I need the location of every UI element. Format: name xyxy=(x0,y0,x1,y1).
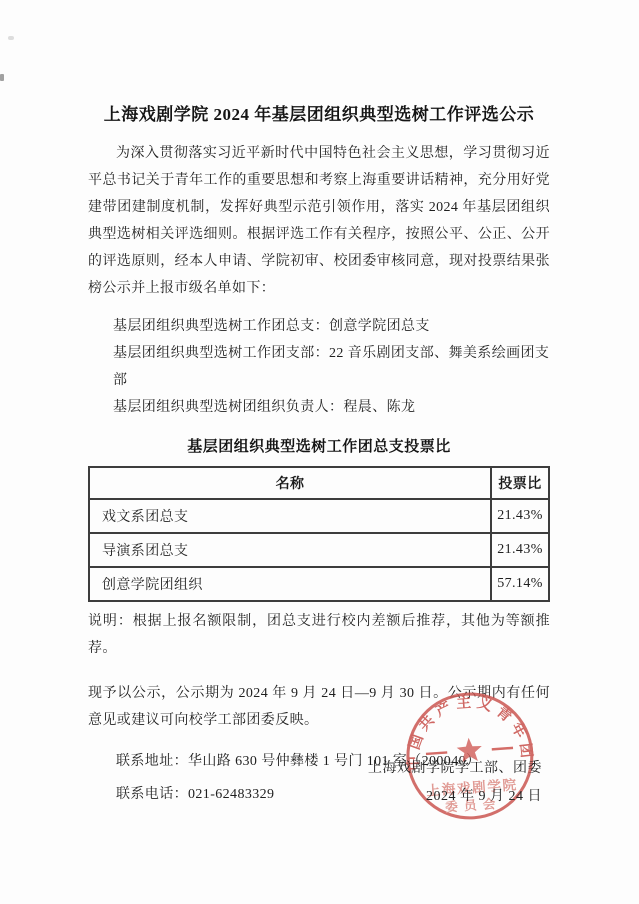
award-item-leaders: 基层团组织典型选树团组织负责人：程晨、陈龙 xyxy=(88,394,550,421)
vote-ratio-cell: 57.14% xyxy=(491,567,549,601)
award-list: 基层团组织典型选树工作团总支：创意学院团总支 基层团组织典型选树工作团支部：22… xyxy=(88,313,550,421)
table-row: 导演系团总支 21.43% xyxy=(89,533,549,567)
vote-table: 名称 投票比 戏文系团总支 21.43% 导演系团总支 21.43% 创意学院团… xyxy=(88,466,550,602)
vote-ratio-cell: 21.43% xyxy=(491,499,549,533)
signature-block: 上海戏剧学院学工部、团委 2024 年 9 月 24 日 xyxy=(368,755,542,811)
document-title: 上海戏剧学院 2024 年基层团组织典型选树工作评选公示 xyxy=(88,104,550,126)
note-paragraph: 说明：根据上报名额限制，团总支进行校内差额后推荐，其他为等额推荐。 xyxy=(88,608,550,662)
signature-date: 2024 年 9 月 24 日 xyxy=(368,783,542,811)
column-header-name: 名称 xyxy=(89,467,491,499)
document-page: 上海戏剧学院 2024 年基层团组织典型选树工作评选公示 为深入贯彻落实习近平新… xyxy=(0,0,639,904)
intro-paragraph: 为深入贯彻落实习近平新时代中国特色社会主义思想，学习贯彻习近平总书记关于青年工作… xyxy=(88,140,550,302)
scan-artifact xyxy=(0,74,4,81)
vote-ratio-cell: 21.43% xyxy=(491,533,549,567)
scan-artifact xyxy=(8,36,14,40)
org-name-cell: 创意学院团组织 xyxy=(89,567,491,601)
document-content: 上海戏剧学院 2024 年基层团组织典型选树工作评选公示 为深入贯彻落实习近平新… xyxy=(88,0,550,808)
column-header-ratio: 投票比 xyxy=(491,467,549,499)
org-name-cell: 戏文系团总支 xyxy=(89,499,491,533)
vote-table-header-row: 名称 投票比 xyxy=(89,467,549,499)
org-name-cell: 导演系团总支 xyxy=(89,533,491,567)
award-item-general-branch: 基层团组织典型选树工作团总支：创意学院团总支 xyxy=(88,313,550,340)
vote-table-caption: 基层团组织典型选树工作团总支投票比 xyxy=(88,437,550,457)
table-row: 创意学院团组织 57.14% xyxy=(89,567,549,601)
publicity-paragraph: 现予以公示，公示期为 2024 年 9 月 24 日—9 月 30 日。公示期内… xyxy=(88,680,550,734)
table-row: 戏文系团总支 21.43% xyxy=(89,499,549,533)
award-item-branch: 基层团组织典型选树工作团支部：22 音乐剧团支部、舞美系绘画团支部 xyxy=(88,340,550,394)
signature-org: 上海戏剧学院学工部、团委 xyxy=(368,755,542,783)
